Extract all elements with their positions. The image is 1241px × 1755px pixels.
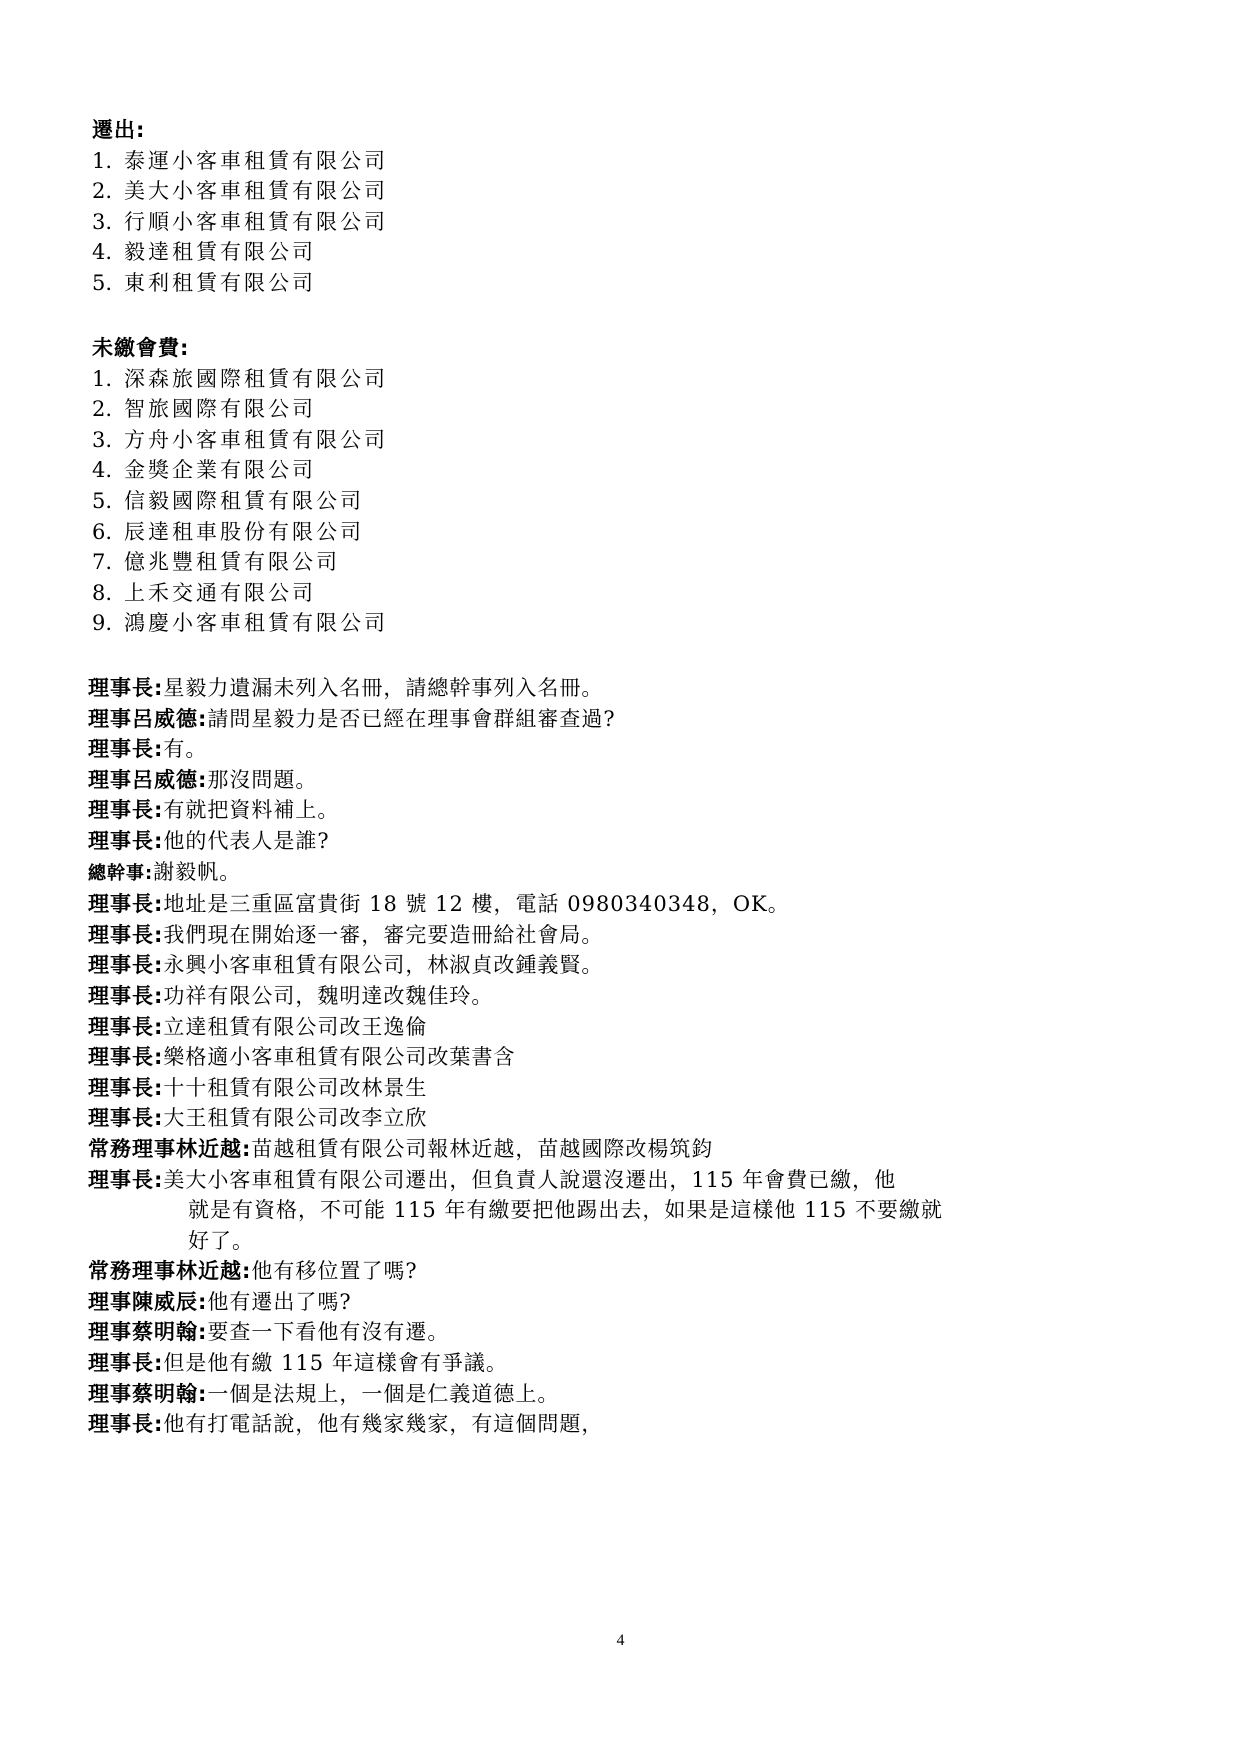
speech-text: 要查一下看他有沒有遷。 [207,1320,449,1344]
list-item: 6.辰達租車股份有限公司 [92,517,1162,548]
speaker-label: 理事長: [88,1076,163,1100]
speaker-label: 理事呂威德: [88,768,207,792]
dialogue-line: 理事長:他有打電話說，他有幾家幾家，有這個問題， [88,1409,1158,1440]
dialogue-line: 總幹事:謝毅帆。 [88,857,1158,890]
speech-text: 但是他有繳 115 年這樣會有爭議。 [163,1351,507,1375]
speaker-label: 理事長: [88,1412,163,1436]
list-item: 8.上禾交通有限公司 [92,578,1162,609]
dialogue-line: 理事蔡明翰:要查一下看他有沒有遷。 [88,1317,1158,1348]
dialogue-line: 理事長:美大小客車租賃有限公司遷出，但負責人說還沒遷出，115 年會費已繳，他 [88,1165,1158,1196]
speaker-label: 理事長: [88,1168,163,1192]
dialogue-continuation: 就是有資格，不可能 115 年有繳要把他踢出去，如果是這樣他 115 不要繳就 [88,1195,1158,1226]
speech-text: 謝毅帆。 [153,860,241,884]
list-item: 5.東利租賃有限公司 [92,268,1162,299]
speaker-label: 理事長: [88,1045,163,1069]
speech-text: 有。 [163,737,207,761]
speech-text: 我們現在開始逐一審，審完要造冊給社會局。 [163,923,603,947]
section-unpaid-fees: 未繳會費: 1.深森旅國際租賃有限公司 2.智旅國際有限公司 3.方舟小客車租賃… [92,333,1162,639]
list-item: 1.深森旅國際租賃有限公司 [92,364,1162,395]
dialogue-line: 理事呂威德:請問星毅力是否已經在理事會群組審查過? [88,704,1158,735]
section-moved-out: 遷出: 1.泰運小客車租賃有限公司 2.美大小客車租賃有限公司 3.行順小客車租… [92,115,1162,299]
dialogue-line: 理事長:大王租賃有限公司改李立欣 [88,1103,1158,1134]
speech-text: 十十租賃有限公司改林景生 [163,1076,427,1100]
speaker-label: 理事長: [88,953,163,977]
dialogue-line: 理事長:但是他有繳 115 年這樣會有爭議。 [88,1348,1158,1379]
speech-text: 立達租賃有限公司改王逸倫 [163,1015,427,1039]
list-item: 1.泰運小客車租賃有限公司 [92,146,1162,177]
speech-text: 有就把資料補上。 [163,798,339,822]
speaker-label: 總幹事: [88,863,153,884]
speech-text: 他的代表人是誰? [163,829,329,853]
speech-text: 請問星毅力是否已經在理事會群組審查過? [207,707,615,731]
speaker-label: 理事長: [88,1351,163,1375]
list-item: 9.鴻慶小客車租賃有限公司 [92,608,1162,639]
speaker-label: 理事長: [88,1106,163,1130]
speech-text: 他有打電話說，他有幾家幾家，有這個問題， [163,1412,603,1436]
speech-text: 苗越租賃有限公司報林近越，苗越國際改楊筑鈞 [251,1137,713,1161]
speaker-label: 理事長: [88,829,163,853]
list-item: 4.金獎企業有限公司 [92,455,1162,486]
dialogue-line: 常務理事林近越:他有移位置了嗎? [88,1256,1158,1287]
speech-text: 那沒問題。 [207,768,317,792]
list-item: 3.行順小客車租賃有限公司 [92,207,1162,238]
meeting-transcript: 理事長:星毅力遺漏未列入名冊，請總幹事列入名冊。 理事呂威德:請問星毅力是否已經… [88,673,1158,1440]
section-title: 遷出: [92,115,1162,146]
speech-text: 地址是三重區富貴街 18 號 12 樓，電話 0980340348，OK。 [163,892,789,916]
dialogue-line: 理事陳威辰:他有遷出了嗎? [88,1287,1158,1318]
dialogue-line: 理事長:永興小客車租賃有限公司，林淑貞改鍾義賢。 [88,950,1158,981]
speaker-label: 理事陳威辰: [88,1290,207,1314]
dialogue-line: 理事長:星毅力遺漏未列入名冊，請總幹事列入名冊。 [88,673,1158,704]
speech-text: 他有遷出了嗎? [207,1290,351,1314]
list-item: 5.信毅國際租賃有限公司 [92,486,1162,517]
speech-text: 星毅力遺漏未列入名冊，請總幹事列入名冊。 [163,676,603,700]
speaker-label: 理事長: [88,923,163,947]
list-item: 7.億兆豐租賃有限公司 [92,547,1162,578]
page-number: 4 [0,1632,1241,1650]
speaker-label: 理事呂威德: [88,707,207,731]
document-page: 遷出: 1.泰運小客車租賃有限公司 2.美大小客車租賃有限公司 3.行順小客車租… [0,0,1241,1755]
speaker-label: 理事長: [88,984,163,1008]
speaker-label: 理事蔡明翰: [88,1382,207,1406]
speech-text: 樂格適小客車租賃有限公司改葉書含 [163,1045,515,1069]
list-item: 2.美大小客車租賃有限公司 [92,176,1162,207]
dialogue-line: 理事長:立達租賃有限公司改王逸倫 [88,1012,1158,1043]
speaker-label: 常務理事林近越: [88,1137,251,1161]
dialogue-line: 理事長:他的代表人是誰? [88,826,1158,857]
speaker-label: 理事長: [88,1015,163,1039]
dialogue-line: 理事長:樂格適小客車租賃有限公司改葉書含 [88,1042,1158,1073]
dialogue-continuation: 好了。 [88,1226,1158,1257]
dialogue-line: 理事呂威德:那沒問題。 [88,765,1158,796]
dialogue-line: 理事長:功祥有限公司，魏明達改魏佳玲。 [88,981,1158,1012]
speech-text: 永興小客車租賃有限公司，林淑貞改鍾義賢。 [163,953,603,977]
dialogue-line: 常務理事林近越:苗越租賃有限公司報林近越，苗越國際改楊筑鈞 [88,1134,1158,1165]
speaker-label: 常務理事林近越: [88,1259,251,1283]
dialogue-line: 理事長:地址是三重區富貴街 18 號 12 樓，電話 0980340348，OK… [88,889,1158,920]
speech-text: 功祥有限公司，魏明達改魏佳玲。 [163,984,493,1008]
list-item: 2.智旅國際有限公司 [92,394,1162,425]
list-item: 4.毅達租賃有限公司 [92,237,1162,268]
speech-text: 美大小客車租賃有限公司遷出，但負責人說還沒遷出，115 年會費已繳，他 [163,1168,896,1192]
section-title: 未繳會費: [92,333,1162,364]
dialogue-line: 理事長:我們現在開始逐一審，審完要造冊給社會局。 [88,920,1158,951]
speaker-label: 理事蔡明翰: [88,1320,207,1344]
speaker-label: 理事長: [88,676,163,700]
dialogue-line: 理事長:十十租賃有限公司改林景生 [88,1073,1158,1104]
speaker-label: 理事長: [88,798,163,822]
speech-text: 大王租賃有限公司改李立欣 [163,1106,427,1130]
list-item: 3.方舟小客車租賃有限公司 [92,425,1162,456]
speech-text: 他有移位置了嗎? [251,1259,417,1283]
dialogue-line: 理事長:有就把資料補上。 [88,795,1158,826]
dialogue-line: 理事長:有。 [88,734,1158,765]
speaker-label: 理事長: [88,737,163,761]
dialogue-line: 理事蔡明翰:一個是法規上，一個是仁義道德上。 [88,1379,1158,1410]
speech-text: 一個是法規上，一個是仁義道德上。 [207,1382,559,1406]
speaker-label: 理事長: [88,892,163,916]
